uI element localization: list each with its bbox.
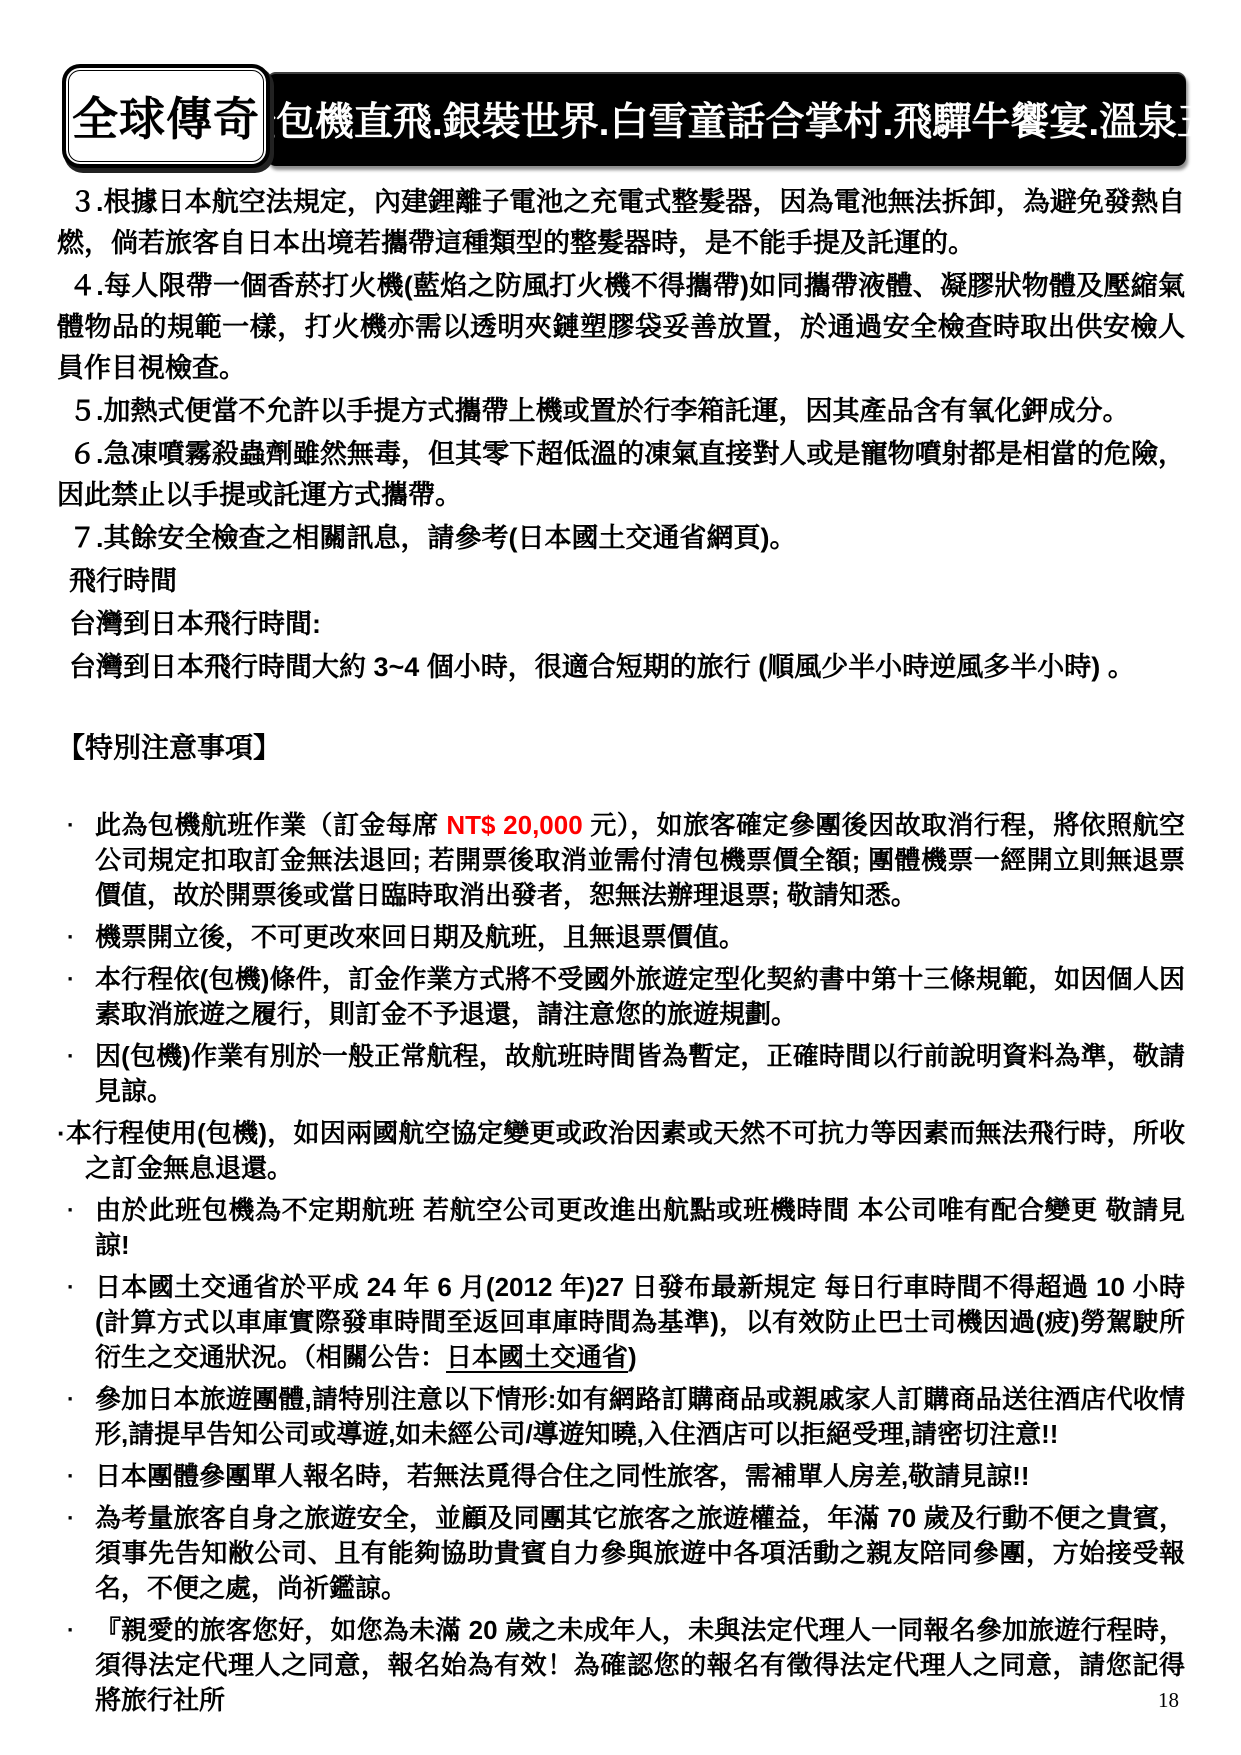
note-text: 『親愛的旅客您好，如您為未滿 20 歲之未成年人，未與法定代理人一同報名參加旅遊… xyxy=(95,1615,1185,1715)
note-text: 由於此班包機為不定期航班 若航空公司更改進出航點或班機時間 本公司唯有配合變更 … xyxy=(95,1195,1185,1260)
document-header: 小松包機直飛.銀裝世界.白雪童話合掌村.飛驒牛饗宴.溫泉五日 全球傳奇 xyxy=(62,64,1186,170)
note-text: 本行程依(包機)條件，訂金作業方式將不受國外旅遊定型化契約書中第十三條規範，如因… xyxy=(95,964,1185,1029)
mlit-link[interactable]: 日本國土交通省 xyxy=(446,1342,628,1372)
regulation-other-info: ７.其餘安全檢查之相關訊息，請參考(日本國土交通省網頁)。 xyxy=(57,518,1185,559)
brand-logo-text: 全球傳奇 xyxy=(72,83,260,149)
flight-time-heading: 飛行時間 xyxy=(57,561,1185,602)
special-notes-list: ‧ 此為包機航班作業（訂金每席 NT$ 20,000 元），如旅客確定參團後因故… xyxy=(57,808,1185,1718)
bullet-icon: ‧ xyxy=(67,808,73,843)
bullet-icon: ‧ xyxy=(67,1459,73,1494)
bullet-icon: · xyxy=(57,1118,66,1148)
note-item-force-majeure: ·本行程使用(包機)，如因兩國航空協定變更或政治因素或天然不可抗力等因素而無法飛… xyxy=(57,1116,1185,1186)
note-item-charter-terms: ‧ 本行程依(包機)條件，訂金作業方式將不受國外旅遊定型化契約書中第十三條規範，… xyxy=(57,962,1185,1032)
note-item-single-room-supplement: ‧ 日本團體參團單人報名時，若無法覓得合住之同性旅客，需補單人房差,敬請見諒!! xyxy=(57,1459,1185,1494)
page-number: 18 xyxy=(1158,1688,1179,1713)
note-item-ticket-no-change: ‧ 機票開立後，不可更改來回日期及航班，且無退票價值。 xyxy=(57,920,1185,955)
note-item-senior-traveler-policy: ‧ 為考量旅客自身之旅遊安全，並顧及同團其它旅客之旅遊權益，年滿 70 歲及行動… xyxy=(57,1501,1185,1606)
bullet-icon: ‧ xyxy=(67,1501,73,1536)
regulation-heated-lunchbox: ５.加熱式便當不允許以手提方式攜帶上機或置於行李箱託運，因其產品含有氧化鉀成分。 xyxy=(57,391,1185,432)
note-text: 因(包機)作業有別於一般正常航程，故航班時間皆為暫定，正確時間以行前說明資料為準… xyxy=(95,1041,1185,1106)
flight-time-text: 台灣到日本飛行時間大約 3~4 個小時，很適合短期的旅行 (順風少半小時逆風多半… xyxy=(57,647,1185,688)
tour-title-banner: 小松包機直飛.銀裝世界.白雪童話合掌村.飛驒牛饗宴.溫泉五日 xyxy=(267,72,1186,166)
regulation-freeze-spray: ６.急凍噴霧殺蟲劑雖然無毒，但其零下超低溫的凍氣直接對人或是寵物噴射都是相當的危… xyxy=(57,434,1185,516)
note-text: 此為包機航班作業（訂金每席 NT$ 20,000 元），如旅客確定參團後因故取消… xyxy=(95,810,1185,910)
regulation-hair-styler: ３.根據日本航空法規定，內建鋰離子電池之充電式整髮器，因為電池無法拆卸，為避免發… xyxy=(57,182,1185,264)
document-page: 小松包機直飛.銀裝世界.白雪童話合掌村.飛驒牛饗宴.溫泉五日 全球傳奇 ３.根據… xyxy=(0,0,1241,1755)
bullet-icon: ‧ xyxy=(67,1039,73,1074)
document-body: ３.根據日本航空法規定，內建鋰離子電池之充電式整髮器，因為電池無法拆卸，為避免發… xyxy=(57,182,1185,1725)
flight-time-subheading: 台灣到日本飛行時間: xyxy=(57,604,1185,645)
bullet-icon: ‧ xyxy=(67,1193,73,1228)
note-text: 日本團體參團單人報名時，若無法覓得合住之同性旅客，需補單人房差,敬請見諒!! xyxy=(95,1461,1030,1491)
note-text: ·本行程使用(包機)，如因兩國航空協定變更或政治因素或天然不可抗力等因素而無法飛… xyxy=(57,1118,1185,1183)
note-text: 參加日本旅遊團體,請特別注意以下情形:如有網路訂購商品或親戚家人訂購商品送往酒店… xyxy=(95,1384,1185,1449)
tour-title: 小松包機直飛.銀裝世界.白雪童話合掌村.飛驒牛饗宴.溫泉五日 xyxy=(198,91,1241,147)
note-text: 為考量旅客自身之旅遊安全，並顧及同團其它旅客之旅遊權益，年滿 70 歲及行動不便… xyxy=(95,1503,1185,1603)
note-item-deposit-cancellation: ‧ 此為包機航班作業（訂金每席 NT$ 20,000 元），如旅客確定參團後因故… xyxy=(57,808,1185,913)
brand-logo: 全球傳奇 xyxy=(62,64,270,168)
bullet-icon: ‧ xyxy=(67,1382,73,1417)
bullet-icon: ‧ xyxy=(67,1270,73,1305)
bullet-icon: ‧ xyxy=(67,962,73,997)
note-text: 機票開立後，不可更改來回日期及航班，且無退票價值。 xyxy=(95,922,745,952)
note-item-charter-schedule: ‧ 因(包機)作業有別於一般正常航程，故航班時間皆為暫定，正確時間以行前說明資料… xyxy=(57,1039,1185,1109)
note-item-minor-consent: ‧ 『親愛的旅客您好，如您為未滿 20 歲之未成年人，未與法定代理人一同報名參加… xyxy=(57,1613,1185,1718)
note-text: 日本國土交通省於平成 24 年 6 月(2012 年)27 日發布最新規定 每日… xyxy=(95,1272,1185,1372)
note-item-irregular-charter: ‧ 由於此班包機為不定期航班 若航空公司更改進出航點或班機時間 本公司唯有配合變… xyxy=(57,1193,1185,1263)
deposit-amount: NT$ 20,000 xyxy=(446,810,582,840)
note-item-bus-driving-rule: ‧ 日本國土交通省於平成 24 年 6 月(2012 年)27 日發布最新規定 … xyxy=(57,1270,1185,1375)
bullet-icon: ‧ xyxy=(67,1613,73,1648)
special-notes-heading: 【特別注意事項】 xyxy=(57,728,1185,768)
bullet-icon: ‧ xyxy=(67,920,73,955)
note-item-hotel-package-delivery: ‧ 參加日本旅遊團體,請特別注意以下情形:如有網路訂購商品或親戚家人訂購商品送往… xyxy=(57,1382,1185,1452)
regulation-lighter: ４.每人限帶一個香菸打火機(藍焰之防風打火機不得攜帶)如同攜帶液體、凝膠狀物體及… xyxy=(57,266,1185,389)
